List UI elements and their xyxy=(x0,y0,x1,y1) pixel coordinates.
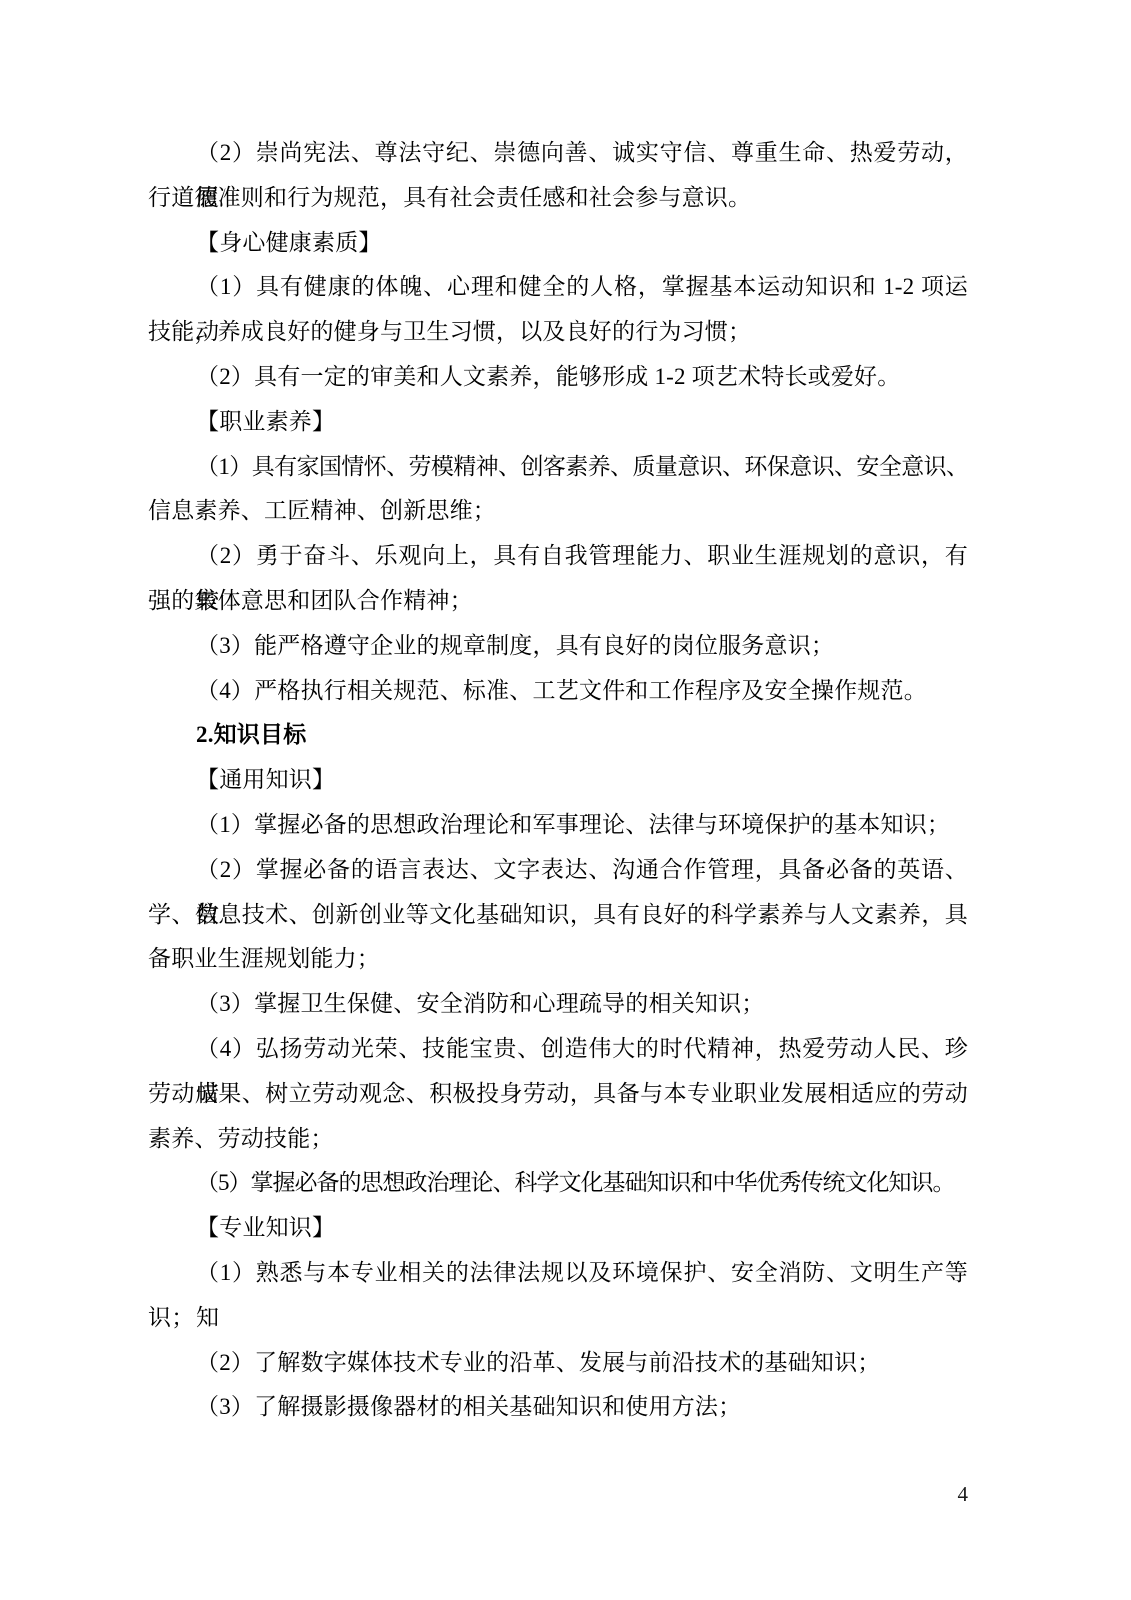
text-line: 【通用知识】 xyxy=(148,758,968,803)
text-line: （1）熟悉与本专业相关的法律法规以及环境保护、安全消防、文明生产等知 xyxy=(148,1251,968,1296)
text-line: 【职业素养】 xyxy=(148,400,968,445)
text-line: 备职业生涯规划能力； xyxy=(148,937,968,982)
text-line: （3）了解摄影摄像器材的相关基础知识和使用方法； xyxy=(148,1385,968,1430)
text-line: 技能，养成良好的健身与卫生习惯，以及良好的行为习惯； xyxy=(148,310,968,355)
document-page: （2）崇尚宪法、尊法守纪、崇德向善、诚实守信、尊重生命、热爱劳动，履行道德准则和… xyxy=(0,0,1131,1600)
text-line: （1）掌握必备的思想政治理论和军事理论、法律与环境保护的基本知识； xyxy=(148,803,968,848)
page-number: 4 xyxy=(958,1479,969,1509)
text-line: （1）具有家国情怀、劳模精神、创客素养、质量意识、环保意识、安全意识、 xyxy=(148,445,968,490)
text-line: 【专业知识】 xyxy=(148,1206,968,1251)
text-line: （2）崇尚宪法、尊法守纪、崇德向善、诚实守信、尊重生命、热爱劳动，履 xyxy=(148,131,968,176)
text-line: （2）勇于奋斗、乐观向上，具有自我管理能力、职业生涯规划的意识，有较 xyxy=(148,534,968,579)
text-line: （5）掌握必备的思想政治理论、科学文化基础知识和中华优秀传统文化知识。 xyxy=(148,1161,968,1206)
text-line: 学、信息技术、创新创业等文化基础知识，具有良好的科学素养与人文素养，具 xyxy=(148,893,968,938)
text-line: 【身心健康素质】 xyxy=(148,221,968,266)
text-line: 识； xyxy=(148,1296,968,1341)
section-heading: 2.知识目标 xyxy=(148,713,968,758)
text-line: 素养、劳动技能； xyxy=(148,1117,968,1162)
document-body: （2）崇尚宪法、尊法守纪、崇德向善、诚实守信、尊重生命、热爱劳动，履行道德准则和… xyxy=(148,131,968,1430)
text-line: （2）掌握必备的语言表达、文字表达、沟通合作管理，具备必备的英语、数 xyxy=(148,848,968,893)
text-line: （2）具有一定的审美和人文素养，能够形成 1-2 项艺术特长或爱好。 xyxy=(148,355,968,400)
text-line: 强的集体意思和团队合作精神； xyxy=(148,579,968,624)
text-line: （4）严格执行相关规范、标准、工艺文件和工作程序及安全操作规范。 xyxy=(148,669,968,714)
text-line: 行道德准则和行为规范，具有社会责任感和社会参与意识。 xyxy=(148,176,968,221)
text-line: （4）弘扬劳动光荣、技能宝贵、创造伟大的时代精神，热爱劳动人民、珍惜 xyxy=(148,1027,968,1072)
text-line: （3）掌握卫生保健、安全消防和心理疏导的相关知识； xyxy=(148,982,968,1027)
text-line: （3）能严格遵守企业的规章制度，具有良好的岗位服务意识； xyxy=(148,624,968,669)
text-line: （1）具有健康的体魄、心理和健全的人格，掌握基本运动知识和 1-2 项运动 xyxy=(148,265,968,310)
text-line: （2）了解数字媒体技术专业的沿革、发展与前沿技术的基础知识； xyxy=(148,1341,968,1386)
text-line: 信息素养、工匠精神、创新思维； xyxy=(148,489,968,534)
text-line: 劳动成果、树立劳动观念、积极投身劳动，具备与本专业职业发展相适应的劳动 xyxy=(148,1072,968,1117)
